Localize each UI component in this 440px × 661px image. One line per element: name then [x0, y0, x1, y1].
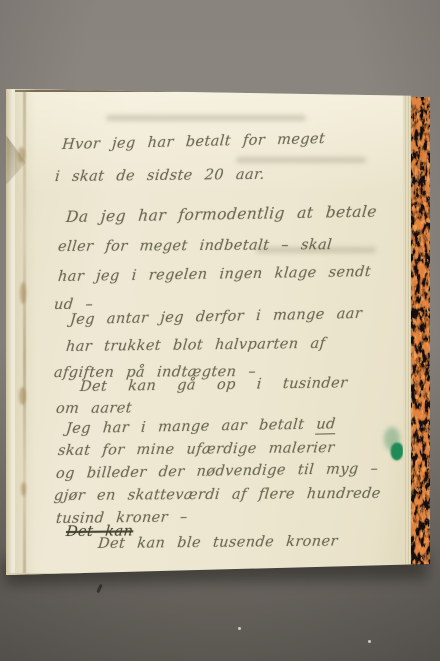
handwriting-line: Det kan ble tusende kroner — [97, 534, 338, 551]
show-through-mark — [106, 115, 306, 121]
underlined-word: ud — [315, 416, 336, 434]
handwriting-line: og billeder der nødvendige til myg – — [55, 462, 379, 482]
show-through-mark — [236, 157, 366, 163]
crease-stain — [20, 282, 26, 304]
green-paint-stain — [391, 443, 403, 460]
handwriting-line: Det kan gå op i tusinder — [79, 376, 348, 394]
crease-stain — [19, 387, 26, 405]
marble-pattern — [411, 97, 430, 565]
table-speck — [238, 627, 241, 630]
handwriting-line: skat for mine ufærdige malerier — [57, 441, 335, 458]
handwriting-line: Da jeg har formodentlig at betale — [65, 205, 377, 226]
handwriting-line: gjør en skatteværdi af flere hundrede — [53, 487, 381, 504]
handwriting-line: har trukket blot halvparten af — [65, 337, 326, 355]
handwriting-line: ud – — [53, 298, 93, 313]
manuscript-page: Hvor jeg har betalt for meget i skat de … — [6, 87, 403, 576]
photo-of-notebook: Hvor jeg har betalt for meget i skat de … — [0, 0, 440, 661]
handwriting-line: Hvor jeg har betalt for meget — [61, 132, 325, 153]
marbled-cover-edge — [411, 97, 430, 565]
crease-stain — [18, 147, 25, 163]
handwriting-line: om aaret — [55, 401, 132, 416]
handwriting-line: i skat de sidste 20 aar. — [54, 168, 265, 185]
handwriting-line: Jeg antar jeg derfor i mange aar — [69, 307, 362, 328]
notebook: Hvor jeg har betalt for meget i skat de … — [6, 87, 430, 576]
handwriting-line: eller for meget indbetalt – skal — [57, 238, 333, 254]
table-speck — [368, 640, 371, 643]
handwriting-line: har jeg i regelen ingen klage sendt — [57, 265, 371, 284]
crease-stain — [21, 482, 26, 496]
handwriting-line: Jeg har i mange aar betalt ud — [65, 417, 336, 436]
